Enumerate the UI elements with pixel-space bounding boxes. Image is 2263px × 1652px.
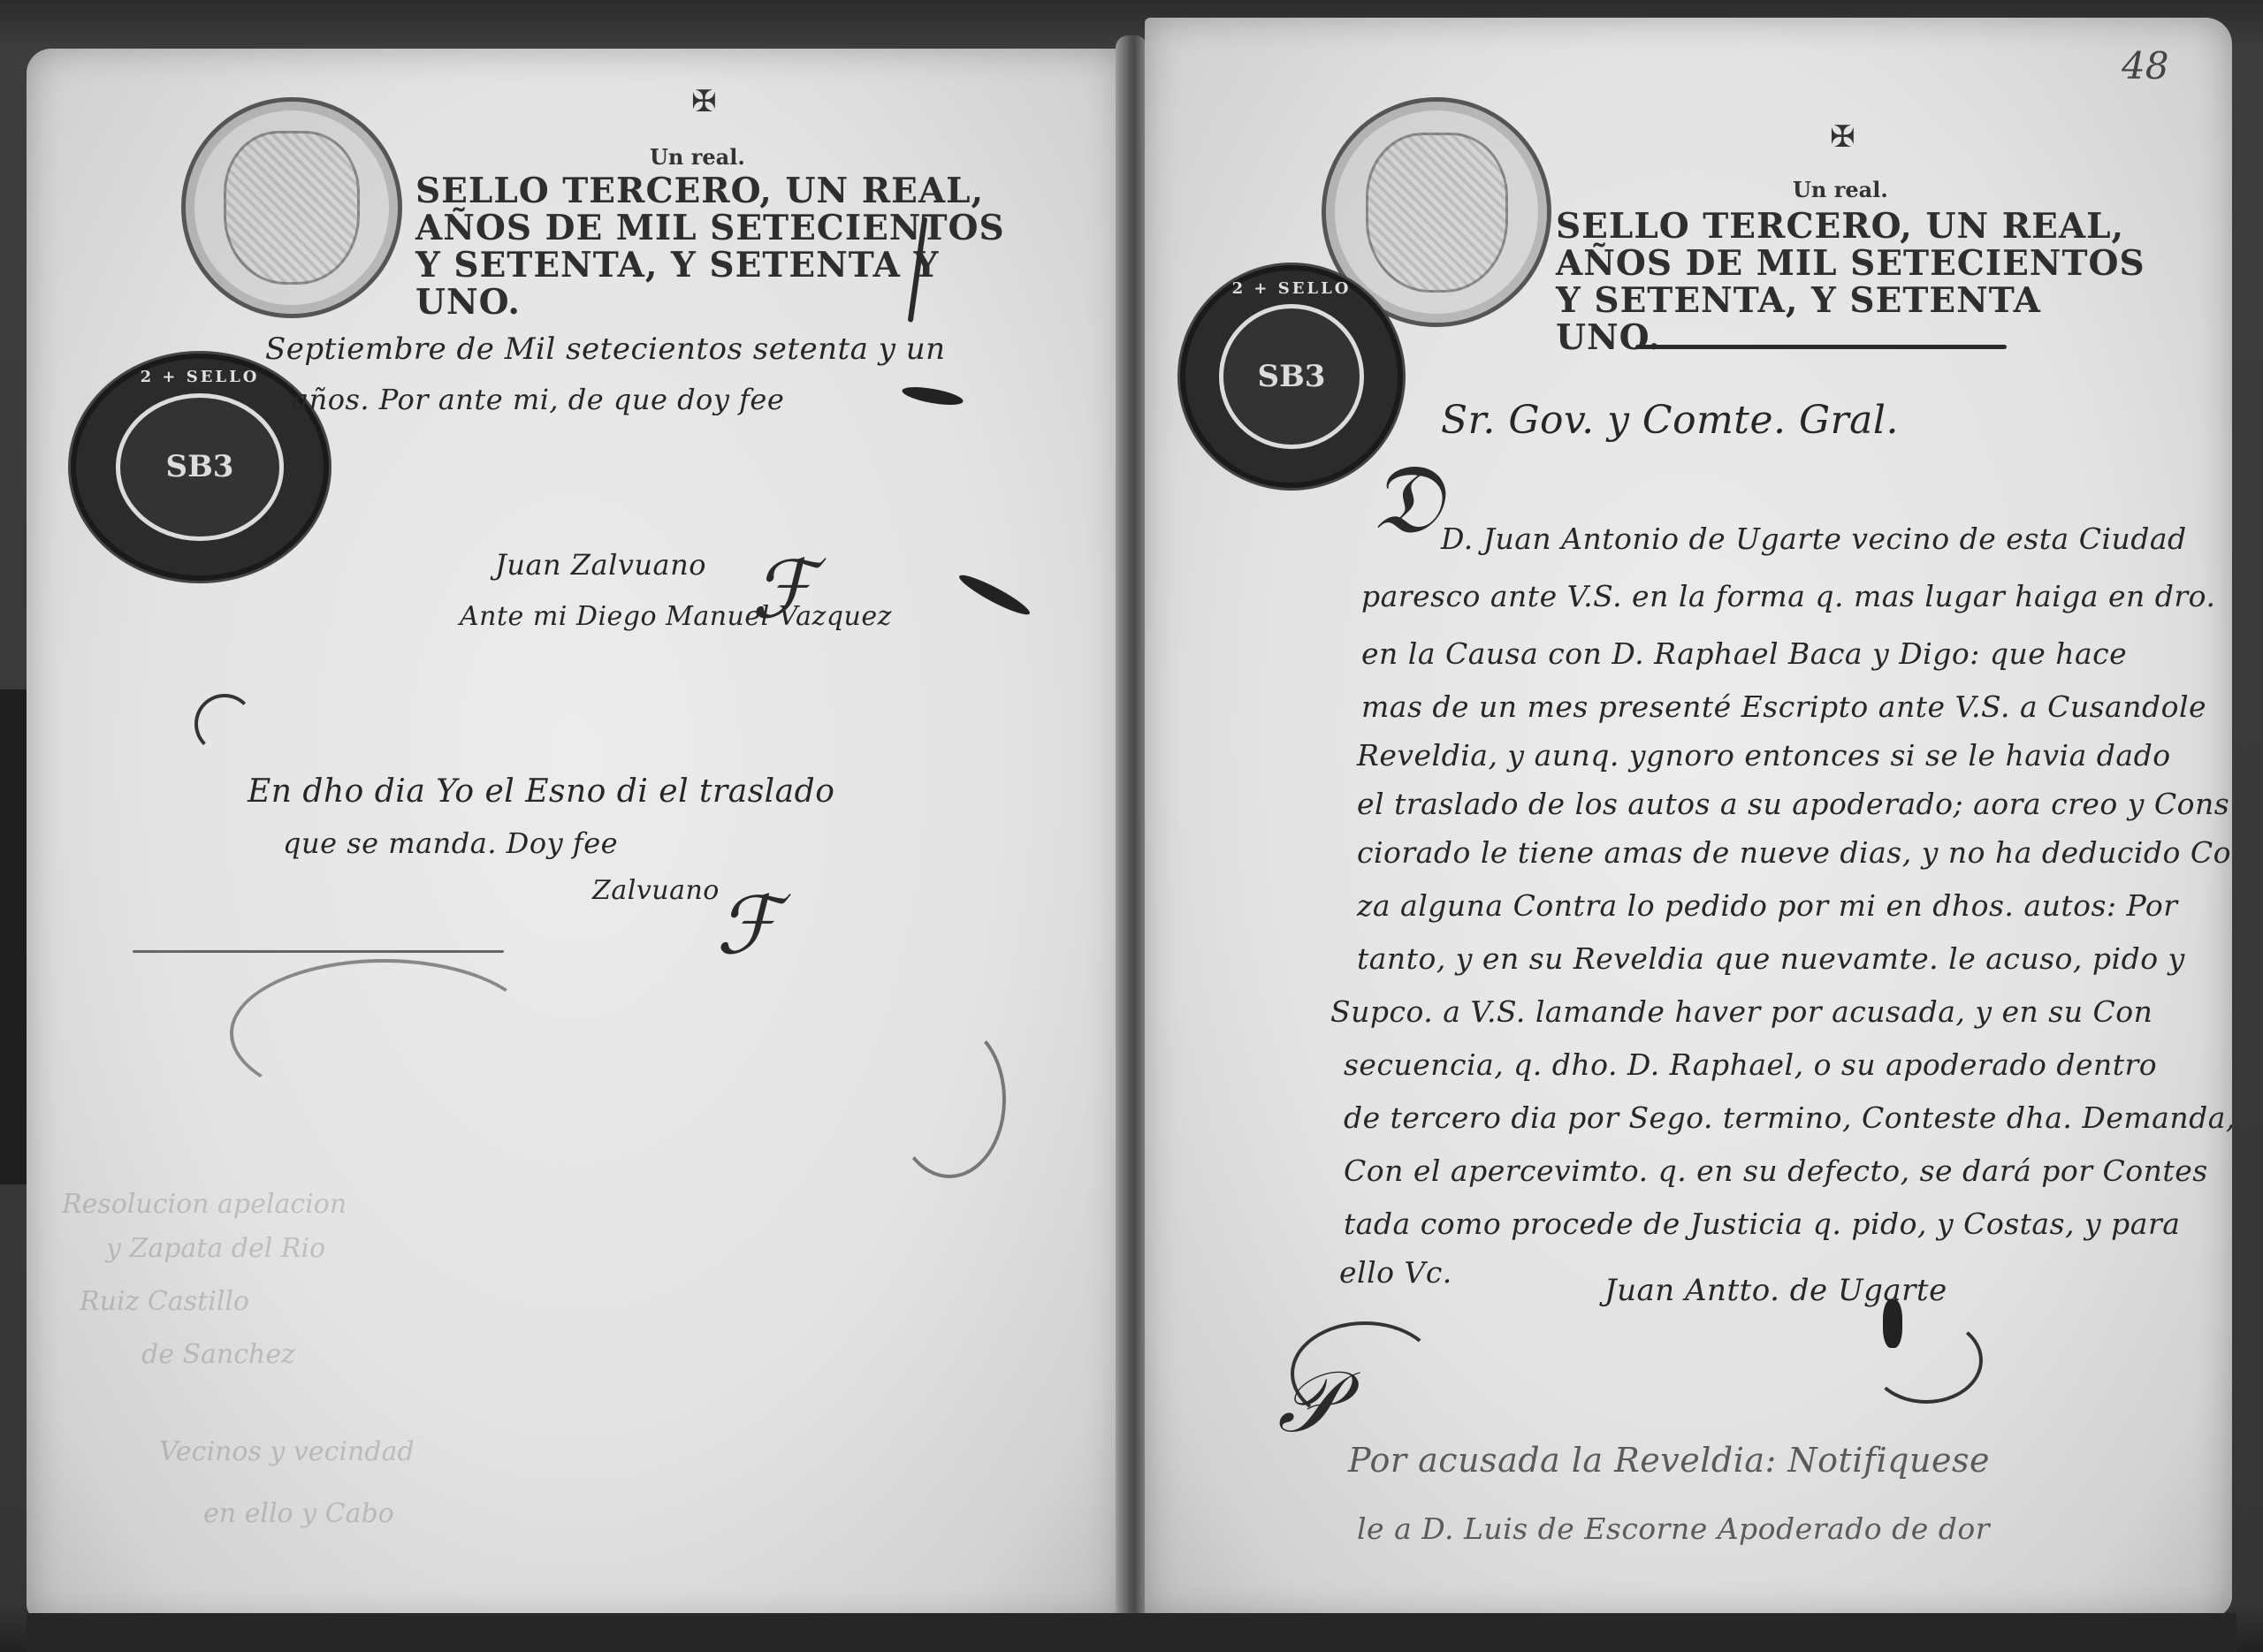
ink-stroke bbox=[956, 570, 1033, 620]
bleedthrough-line: de Sanchez bbox=[141, 1339, 295, 1370]
stamp-line: Y SETENTA, Y SETENTA bbox=[1556, 282, 2145, 319]
petition-line: za alguna Contra lo pedido por mi en dho… bbox=[1357, 888, 2178, 923]
handwritten-line: años. Por ante mi, de que doy fee bbox=[292, 383, 784, 416]
handwritten-line: En dho dia Yo el Esno di el traslado bbox=[248, 773, 834, 810]
petition-line: el traslado de los autos a su apoderado;… bbox=[1357, 787, 2229, 821]
petition-line: tada como procede de Justicia q. pido, y… bbox=[1344, 1207, 2180, 1241]
stamp-value-label: Un real. bbox=[1793, 177, 1888, 202]
seal-legend: 2 + SELLO bbox=[76, 359, 324, 575]
scan-bottom-edge bbox=[27, 1613, 2236, 1652]
stamp-underline bbox=[1635, 345, 2007, 349]
petition-line: Supco. a V.S. lamande haver por acusada,… bbox=[1330, 994, 2153, 1029]
stamp-line: SELLO TERCERO, UN REAL, bbox=[415, 172, 1005, 209]
paragraph-flourish-icon bbox=[194, 694, 255, 754]
faded-flourish-icon bbox=[893, 1021, 1006, 1178]
decree-line: Por acusada la Reveldia: Notifiquese bbox=[1348, 1441, 1990, 1480]
petition-line: D. Juan Antonio de Ugarte vecino de esta… bbox=[1441, 521, 2187, 556]
left-page: Resolucion apelacion y Zapata del Rio Ru… bbox=[27, 49, 1123, 1622]
stamp-line: AÑOS DE MIL SETECIENTOS bbox=[1556, 245, 2145, 282]
seal-legend: 2 + SELLO bbox=[1185, 270, 1398, 483]
signature-name: Juan Zalvuano bbox=[495, 548, 706, 582]
cross-icon: ✠ bbox=[1830, 119, 1855, 155]
petition-line: ciorado le tiene amas de nueve dias, y n… bbox=[1357, 835, 2231, 870]
bleedthrough-line: y Zapata del Rio bbox=[106, 1233, 325, 1264]
signature-notary: Ante mi Diego Manuel Vazquez bbox=[460, 601, 892, 632]
bleedthrough-line: Vecinos y vecindad bbox=[159, 1436, 415, 1467]
signature-name: Zalvuano bbox=[592, 875, 720, 906]
decree-line: le a D. Luis de Escorne Apoderado de dor bbox=[1357, 1511, 1990, 1546]
stamp-line: AÑOS DE MIL SETECIENTOS bbox=[415, 209, 1005, 247]
petition-line: Reveldia, y aunq. ygnoro entonces si se … bbox=[1357, 738, 2171, 773]
bleedthrough-line: Resolucion apelacion bbox=[62, 1189, 347, 1220]
ruler-edge-strip bbox=[0, 689, 27, 1184]
coat-of-arms-icon bbox=[1366, 133, 1508, 293]
stamp-line: UNO. bbox=[1556, 319, 2145, 356]
stamp-header: SELLO TERCERO, UN REAL, AÑOS DE MIL SETE… bbox=[415, 172, 1005, 321]
royal-coin-seal bbox=[181, 97, 402, 318]
right-page: 48 2 + SELLO SB3 ✠ Un real. SELLO TERCER… bbox=[1145, 18, 2232, 1618]
handwritten-line: que se manda. Doy fee bbox=[283, 826, 618, 860]
bleedthrough-line: Ruiz Castillo bbox=[80, 1286, 249, 1317]
ink-stroke bbox=[133, 950, 504, 953]
cross-icon: ✠ bbox=[691, 84, 717, 119]
petition-line: secuencia, q. dho. D. Raphael, o su apod… bbox=[1344, 1047, 2157, 1082]
stamp-line: SELLO TERCERO, UN REAL, bbox=[1556, 208, 2145, 245]
decree-initial-icon: 𝒫 bbox=[1277, 1352, 1338, 1453]
stamp-value-label: Un real. bbox=[650, 144, 745, 170]
salutation: Sr. Gov. y Comte. Gral. bbox=[1441, 398, 1899, 443]
stamp-header: SELLO TERCERO, UN REAL, AÑOS DE MIL SETE… bbox=[1556, 208, 2145, 356]
petition-line: ello Vc. bbox=[1339, 1255, 1452, 1290]
rubric-flourish-icon bbox=[1870, 1317, 1983, 1404]
rubric-flourish-icon: ℱ bbox=[751, 544, 814, 636]
petition-line: en la Causa con D. Raphael Baca y Digo: … bbox=[1361, 636, 2127, 671]
petition-line: Con el apercevimto. q. en su defecto, se… bbox=[1344, 1153, 2208, 1188]
petition-line: paresco ante V.S. en la forma q. mas lug… bbox=[1361, 579, 2215, 613]
petition-line: de tercero dia por Sego. termino, Contes… bbox=[1344, 1100, 2232, 1135]
folio-number: 48 bbox=[2122, 44, 2168, 88]
initial-capital-flourish-icon: 𝔇 bbox=[1370, 442, 1443, 557]
petition-line: mas de un mes presenté Escripto ante V.S… bbox=[1361, 689, 2206, 724]
ink-stamp-seal: 2 + SELLO SB3 bbox=[71, 354, 329, 581]
faded-flourish-icon bbox=[230, 959, 537, 1108]
petition-line: tanto, y en su Reveldia que nuevamte. le… bbox=[1357, 941, 2185, 976]
handwritten-line: Septiembre de Mil setecientos setenta y … bbox=[265, 331, 946, 367]
rubric-flourish-icon: ℱ bbox=[716, 879, 779, 972]
bleedthrough-line: en ello y Cabo bbox=[203, 1498, 394, 1529]
ink-stroke bbox=[901, 384, 964, 408]
book-spine bbox=[1116, 35, 1147, 1626]
coat-of-arms-icon bbox=[224, 131, 361, 285]
